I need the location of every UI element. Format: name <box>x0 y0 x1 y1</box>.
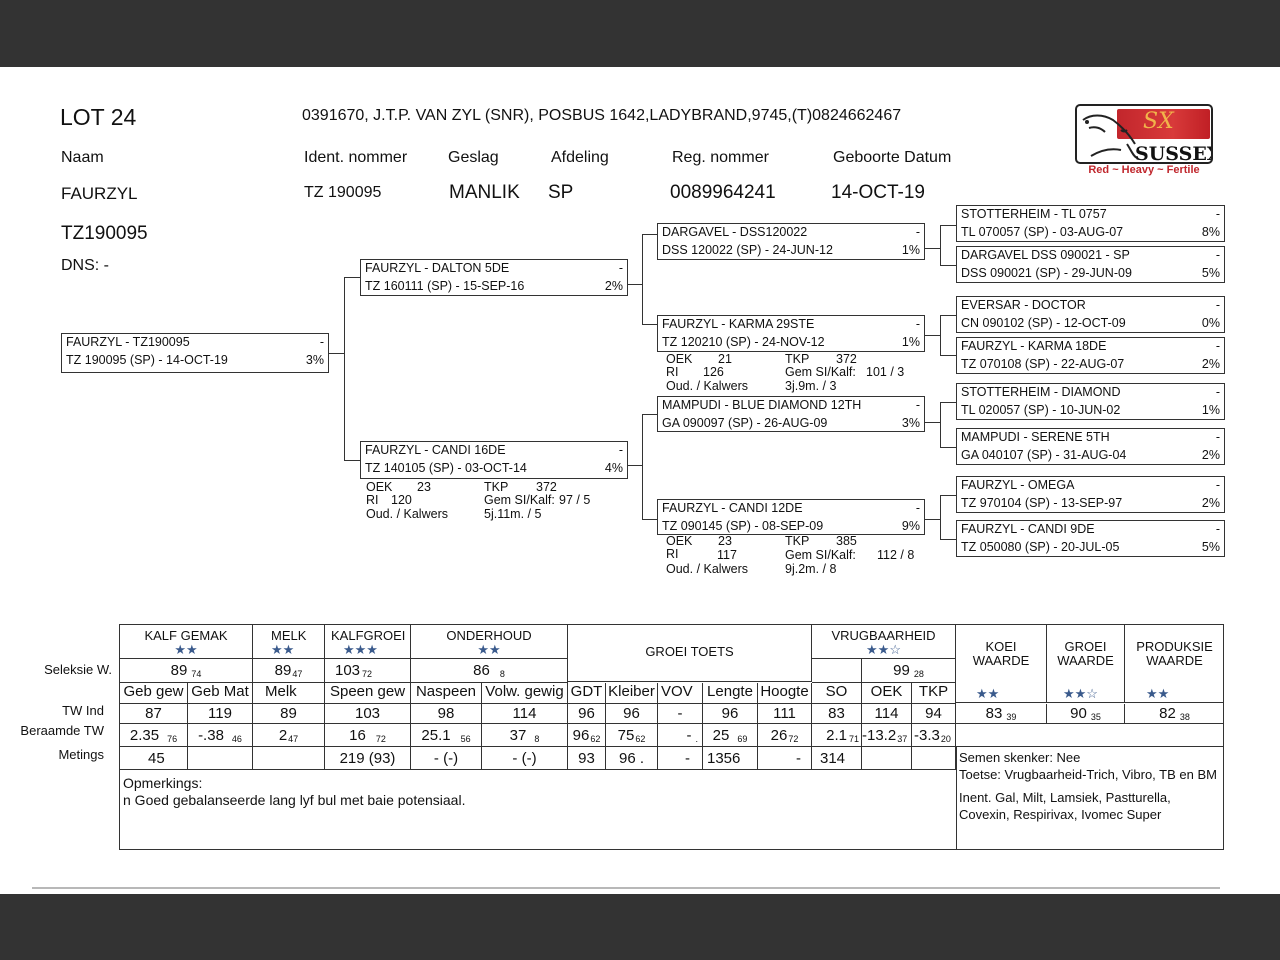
met-oek <box>862 747 912 770</box>
ber-geb-mat: -.3846 <box>188 724 253 747</box>
groei-waarde-value: 9035 <box>1047 704 1125 724</box>
met-kleiber: 96 . <box>606 747 658 770</box>
ber-kleiber: 7562 <box>606 724 658 747</box>
tkp-value: 385 <box>836 535 857 549</box>
oud-value: 3j.9m. / 3 <box>785 380 836 394</box>
animal-detail: GA 090097 (SP) - 26-AUG-09 <box>662 416 827 430</box>
gem-label: Gem SI/Kalf: <box>785 549 856 563</box>
sussex-logo: SX SUSSEX Red ~ Heavy ~ Fertile <box>1075 104 1213 179</box>
accuracy: 62 <box>635 734 645 744</box>
value: 75 <box>618 727 635 744</box>
accuracy: 28 <box>914 669 924 679</box>
tw-speen-gew: 103 <box>325 704 411 724</box>
pedigree-ggp-7: FAURZYL - OMEGA- TZ 970104 (SP) - 13-SEP… <box>956 476 1225 513</box>
group-label: KALFGROEI <box>331 628 405 643</box>
oud-value: 9j.2m. / 8 <box>785 563 836 577</box>
connector <box>940 315 941 355</box>
value: - <box>686 727 691 744</box>
gem-label: Gem SI/Kalf: <box>785 366 856 380</box>
gem-label: Gem SI/Kalf: <box>484 494 555 508</box>
accuracy: . <box>695 734 698 744</box>
value: 25.1 <box>421 727 450 744</box>
tw-gdt: 96 <box>568 704 606 724</box>
ber-volw-gewig: 378 <box>482 724 568 747</box>
animal-flag: - <box>1216 207 1220 221</box>
animal-name: FAURZYL - CANDI 9DE <box>961 522 1095 536</box>
ber-oek: -13.237 <box>862 724 912 747</box>
pedigree-ggp-1: STOTTERHEIM - TL 0757- TL 070057 (SP) - … <box>956 205 1225 242</box>
accuracy: 39 <box>1006 712 1016 722</box>
value-ident: TZ 190095 <box>304 184 381 202</box>
accuracy: 69 <box>737 734 747 744</box>
star-rating-icon: ★★★ <box>331 643 410 656</box>
connector <box>329 353 345 354</box>
animal-detail: TZ 190095 (SP) - 14-OCT-19 <box>66 353 228 367</box>
pedigree-sire: FAURZYL - DALTON 5DE- TZ 160111 (SP) - 1… <box>360 259 628 296</box>
animal-pct: 3% <box>306 353 324 367</box>
label-ident: Ident. nommer <box>304 149 407 167</box>
animal-pct: 9% <box>902 519 920 533</box>
label-afdeling: Afdeling <box>551 149 609 167</box>
gem-value: 101 / 3 <box>866 366 904 380</box>
accuracy: 62 <box>590 734 600 744</box>
oud-label: Oud. / Kalwers <box>366 508 448 522</box>
value: 37 <box>510 727 527 744</box>
logo-frame: SX SUSSEX <box>1075 104 1213 164</box>
col-head-kleiber: Kleiber <box>606 683 658 704</box>
connector <box>642 234 657 235</box>
animal-detail: TZ 090145 (SP) - 08-SEP-09 <box>662 519 823 533</box>
connector <box>940 495 941 539</box>
ber-naspeen: 25.156 <box>411 724 482 747</box>
value: 99 <box>893 662 910 679</box>
value-geboorte: 14-OCT-19 <box>831 182 925 204</box>
sel-vrug-empty <box>812 659 862 683</box>
lot-number: LOT 24 <box>60 104 136 131</box>
sel-kalf-gemak: 8974 <box>120 659 253 683</box>
accuracy: 8 <box>534 734 539 744</box>
animal-detail: DSS 090021 (SP) - 29-JUN-09 <box>961 266 1132 280</box>
ber-tkp: -3.320 <box>912 724 956 747</box>
notes-divider <box>956 747 957 850</box>
pedigree-self: FAURZYL - TZ190095- TZ 190095 (SP) - 14-… <box>61 333 329 373</box>
accuracy: 37 <box>897 734 907 744</box>
col-head-naspeen: Naspeen <box>411 683 482 704</box>
animal-name: MAMPUDI - BLUE DIAMOND 12TH <box>662 398 861 412</box>
animal-flag: - <box>1216 385 1220 399</box>
value-afdeling: SP <box>548 182 573 204</box>
group-label: KALF GEMAK <box>144 628 227 643</box>
col-head-gdt: GDT <box>568 683 606 704</box>
oek-value: 23 <box>417 481 431 495</box>
met-geb-gew: 45 <box>120 747 188 770</box>
met-melk <box>253 747 325 770</box>
connector <box>940 265 956 266</box>
animal-flag: - <box>1216 248 1220 262</box>
animal-flag: - <box>1216 298 1220 312</box>
tw-oek: 114 <box>862 704 912 724</box>
animal-detail: TZ 970104 (SP) - 13-SEP-97 <box>961 496 1122 510</box>
connector <box>925 248 941 249</box>
header-groei-toets: GROEI TOETS <box>568 625 812 682</box>
ber-speen-gew: 1672 <box>325 724 411 747</box>
header-onderhoud: ONDERHOUD ★★ <box>411 625 568 659</box>
tw-kleiber: 96 <box>606 704 658 724</box>
koei-waarde-value: 8339 <box>956 704 1047 724</box>
value: -3.3 <box>914 727 940 744</box>
row-label-metings: Metings <box>4 747 104 762</box>
pedigree-sire-sire: DARGAVEL - DSS120022- DSS 120022 (SP) - … <box>657 223 925 260</box>
animal-pct: 1% <box>902 243 920 257</box>
animal-pct: 1% <box>902 335 920 349</box>
animal-pct: 1% <box>1202 403 1220 417</box>
remarks-text: n Goed gebalanseerde lang lyf bul met ba… <box>123 792 953 809</box>
animal-pct: 2% <box>605 279 623 293</box>
animal-detail: TZ 070108 (SP) - 22-AUG-07 <box>961 357 1124 371</box>
connector <box>642 414 657 415</box>
connector <box>940 447 956 448</box>
col-head-hoogte: Hoogte <box>758 683 812 704</box>
semen-donor: Semen skenker: Nee <box>959 749 1221 766</box>
lot-page: LOT 24 0391670, J.T.P. VAN ZYL (SNR), PO… <box>0 67 1280 894</box>
star-rating-icon: ★★☆ <box>812 643 955 656</box>
connector <box>642 519 657 520</box>
tz-id: TZ190095 <box>61 223 148 245</box>
animal-name: FAURZYL - CANDI 16DE <box>365 443 506 457</box>
group-label: WAARDE <box>956 654 1046 668</box>
accuracy: 72 <box>362 669 372 679</box>
gem-value: 97 / 5 <box>559 494 590 508</box>
connector <box>940 315 956 316</box>
tw-lengte: 96 <box>703 704 758 724</box>
ri-value: 120 <box>391 494 412 508</box>
animal-detail: TZ 140105 (SP) - 03-OCT-14 <box>365 461 527 475</box>
row-label-tw-ind: TW Ind <box>4 703 104 718</box>
met-vov: - <box>658 747 703 770</box>
met-volw-gewig: - (-) <box>482 747 568 770</box>
accuracy: 76 <box>167 734 177 744</box>
animal-flag: - <box>320 335 324 349</box>
accuracy: 72 <box>376 734 386 744</box>
pedigree-sire-dam: FAURZYL - KARMA 29STE- TZ 120210 (SP) - … <box>657 315 925 352</box>
star-rating-icon: ★★ <box>1146 687 1169 700</box>
logo-tagline: Red ~ Heavy ~ Fertile <box>1075 164 1213 176</box>
row-label-beraamde: Beraamde TW <box>4 723 104 738</box>
evaluation-table: KALF GEMAK ★★ MELK ★★ KALFGROEI ★★★ ONDE… <box>119 624 1224 850</box>
ber-lengte: 2569 <box>703 724 758 747</box>
group-label: PRODUKSIE <box>1125 640 1224 654</box>
header-koei-waarde: KOEI WAARDE ★★ <box>956 625 1047 703</box>
animal-notes: Semen skenker: Nee Toetse: Vrugbaarheid-… <box>959 749 1221 823</box>
animal-pct: 5% <box>1202 266 1220 280</box>
value-reg: 0089964241 <box>670 182 776 204</box>
animal-detail: TZ 050080 (SP) - 20-JUL-05 <box>961 540 1119 554</box>
animal-detail: TZ 160111 (SP) - 15-SEP-16 <box>365 279 524 293</box>
tw-naspeen: 98 <box>411 704 482 724</box>
remarks: Opmerkings: n Goed gebalanseerde lang ly… <box>123 775 953 809</box>
pedigree-ggp-6: MAMPUDI - SERENE 5TH- GA 040107 (SP) - 3… <box>956 428 1225 465</box>
animal-flag: - <box>619 443 623 457</box>
group-label: WAARDE <box>1125 654 1224 668</box>
star-rating-icon: ★★ <box>271 643 324 656</box>
connector <box>940 225 956 226</box>
oud-value: 5j.11m. / 5 <box>484 508 541 522</box>
ber-hoogte: 2672 <box>758 724 812 747</box>
connector <box>940 355 956 356</box>
connector <box>925 335 941 336</box>
logo-name: SUSSEX <box>1135 143 1213 164</box>
tw-vov: - <box>658 704 703 724</box>
top-dark-bar <box>0 0 1280 67</box>
ber-empty <box>956 724 1224 747</box>
animal-pct: 4% <box>605 461 623 475</box>
pedigree-ggp-3: EVERSAR - DOCTOR- CN 090102 (SP) - 12-OC… <box>956 296 1225 333</box>
animal-detail: TZ 120210 (SP) - 24-NOV-12 <box>662 335 825 349</box>
ber-vov: -. <box>658 724 703 747</box>
animal-name: FAURZYL - KARMA 29STE <box>662 317 814 331</box>
dns: DNS: - <box>61 257 109 275</box>
value: 2.1 <box>826 727 847 744</box>
value: 90 <box>1070 705 1087 722</box>
tw-hoogte: 111 <box>758 704 812 724</box>
accuracy: 56 <box>461 734 471 744</box>
ber-geb-gew: 2.3576 <box>120 724 188 747</box>
animal-name: FAURZYL - CANDI 12DE <box>662 501 803 515</box>
sel-kalfgroei: 10372 <box>325 659 411 683</box>
connector <box>344 277 345 460</box>
animal-name: STOTTERHEIM - DIAMOND <box>961 385 1121 399</box>
dam-stats: OEK 23 TKP 372 RI 120 Gem SI/Kalf: 97 / … <box>366 481 626 523</box>
ri-value: 117 <box>717 549 737 563</box>
met-lengte: 1356 <box>703 747 758 770</box>
star-rating-icon: ★★ <box>976 687 999 700</box>
animal-flag: - <box>1216 430 1220 444</box>
value: 26 <box>771 727 788 744</box>
animal-flag: - <box>1216 339 1220 353</box>
connector <box>344 277 360 278</box>
tw-so: 83 <box>812 704 862 724</box>
group-label: GROEI <box>1047 640 1124 654</box>
tw-volw-gewig: 114 <box>482 704 568 724</box>
animal-detail: TL 070057 (SP) - 03-AUG-07 <box>961 225 1123 239</box>
pedigree-dam-dam: FAURZYL - CANDI 12DE- TZ 090145 (SP) - 0… <box>657 499 925 535</box>
col-head-speen-gew: Speen gew <box>325 683 411 704</box>
animal-pct: 8% <box>1202 225 1220 239</box>
connector <box>940 402 956 403</box>
label-geboorte: Geboorte Datum <box>833 149 951 167</box>
label-naam: Naam <box>61 149 104 167</box>
animal-pct: 5% <box>1202 540 1220 554</box>
gem-value: 112 / 8 <box>877 549 914 563</box>
star-rating-icon: ★★☆ <box>1063 687 1098 700</box>
header-vrugbaarheid: VRUGBAARHEID ★★☆ <box>812 625 956 659</box>
vaccinations: Inent. Gal, Milt, Lamsiek, Pastturella, … <box>959 789 1221 823</box>
pedigree-dam: FAURZYL - CANDI 16DE- TZ 140105 (SP) - 0… <box>360 441 628 479</box>
col-head-tkp: TKP <box>912 683 956 704</box>
pedigree-ggp-5: STOTTERHEIM - DIAMOND- TL 020057 (SP) - … <box>956 383 1225 420</box>
accuracy: 46 <box>232 734 242 744</box>
pedigree-ggp-2: DARGAVEL DSS 090021 - SP- DSS 090021 (SP… <box>956 246 1225 283</box>
ber-gdt: 9662 <box>568 724 606 747</box>
star-rating-icon: ★★ <box>120 643 252 656</box>
met-so: 314 <box>812 747 862 770</box>
pedigree-ggp-8: FAURZYL - CANDI 9DE- TZ 050080 (SP) - 20… <box>956 520 1225 557</box>
star-rating-icon: ★★ <box>411 643 567 656</box>
value: 96 <box>573 727 590 744</box>
animal-name: DARGAVEL DSS 090021 - SP <box>961 248 1130 262</box>
met-geb-mat <box>188 747 253 770</box>
animal-name: FAURZYL - OMEGA <box>961 478 1074 492</box>
sel-melk: 8947 <box>253 659 325 683</box>
animal-detail: CN 090102 (SP) - 12-OCT-09 <box>961 316 1126 330</box>
oud-label: Oud. / Kalwers <box>666 380 748 394</box>
connector <box>642 234 643 324</box>
pedigree-ggp-4: FAURZYL - KARMA 18DE- TZ 070108 (SP) - 2… <box>956 337 1225 374</box>
animal-name: DARGAVEL - DSS120022 <box>662 225 807 239</box>
oek-value: 23 <box>718 535 732 549</box>
value: 83 <box>986 705 1003 722</box>
animal-pct: 0% <box>1202 316 1220 330</box>
animal-name: FAURZYL - TZ190095 <box>66 335 190 349</box>
col-head-volw-gewig: Volw. gewig <box>482 683 568 704</box>
header-kalfgroei: KALFGROEI ★★★ <box>325 625 411 659</box>
col-head-so: SO <box>812 683 862 704</box>
connector <box>628 465 643 466</box>
col-head-lengte: Lengte <box>703 683 758 704</box>
value: 86 <box>473 662 490 679</box>
bottom-dark-bar <box>0 894 1280 960</box>
ri-label: RI <box>666 366 679 380</box>
animal-name: EVERSAR - DOCTOR <box>961 298 1086 312</box>
value-naam: FAURZYL <box>61 184 138 204</box>
animal-pct: 3% <box>902 416 920 430</box>
tw-geb-gew: 87 <box>120 704 188 724</box>
col-head-geb-mat: Geb Mat <box>188 683 253 704</box>
group-label: KOEI <box>956 640 1046 654</box>
accuracy: 35 <box>1091 712 1101 722</box>
animal-name: FAURZYL - DALTON 5DE <box>365 261 509 275</box>
sire-dam-stats: OEK 21 TKP 372 RI 126 Gem SI/Kalf: 101 /… <box>666 353 926 395</box>
label-reg: Reg. nommer <box>672 149 769 167</box>
animal-flag: - <box>619 261 623 275</box>
accuracy: 47 <box>292 669 302 679</box>
connector <box>642 414 643 519</box>
met-gdt: 93 <box>568 747 606 770</box>
header-produksie-waarde: PRODUKSIE WAARDE ★★ <box>1125 625 1224 703</box>
value: -.38 <box>198 727 224 744</box>
col-head-melk: Melk <box>253 683 325 704</box>
accuracy: 20 <box>941 734 951 744</box>
pedigree-dam-sire: MAMPUDI - BLUE DIAMOND 12TH- GA 090097 (… <box>657 396 925 432</box>
accuracy: 47 <box>288 734 298 744</box>
tw-geb-mat: 119 <box>188 704 253 724</box>
connector <box>940 402 941 447</box>
group-label: MELK <box>271 628 306 643</box>
ri-label: RI <box>366 494 379 508</box>
accuracy: 72 <box>788 734 798 744</box>
accuracy: 74 <box>191 669 201 679</box>
met-hoogte: - <box>758 747 812 770</box>
value: 89 <box>275 662 292 679</box>
accuracy: 8 <box>500 669 505 679</box>
ber-melk: 247 <box>253 724 325 747</box>
animal-flag: - <box>1216 522 1220 536</box>
ri-label: RI <box>666 548 679 562</box>
logo-mark: SX <box>1143 109 1174 134</box>
connector <box>925 519 941 520</box>
animal-detail: GA 040107 (SP) - 31-AUG-04 <box>961 448 1126 462</box>
group-label: ONDERHOUD <box>446 628 531 643</box>
connector <box>344 460 360 461</box>
connector <box>940 539 956 540</box>
header-groei-waarde: GROEI WAARDE ★★☆ <box>1047 625 1125 703</box>
tkp-label: TKP <box>785 535 809 549</box>
value: 2 <box>279 727 287 744</box>
animal-flag: - <box>916 317 920 331</box>
accuracy: 38 <box>1180 712 1190 722</box>
animal-flag: - <box>1216 478 1220 492</box>
animal-pct: 2% <box>1202 496 1220 510</box>
connector <box>925 422 941 423</box>
ber-so: 2.171 <box>812 724 862 747</box>
group-label: GROEI TOETS <box>645 644 733 659</box>
tw-melk: 89 <box>253 704 325 724</box>
oud-label: Oud. / Kalwers <box>666 563 748 577</box>
value: 25 <box>713 727 730 744</box>
col-head-geb-gew: Geb gew <box>120 683 188 704</box>
connector <box>628 284 643 285</box>
connector <box>642 324 657 325</box>
value: 89 <box>171 662 188 679</box>
ri-value: 126 <box>703 366 724 380</box>
owner-info: 0391670, J.T.P. VAN ZYL (SNR), POSBUS 16… <box>302 107 901 125</box>
dam-dam-stats: OEK 23 TKP 385 RI 117 Gem SI/Kalf: 112 /… <box>666 535 926 577</box>
sel-onderhoud: 868 <box>411 659 568 683</box>
header-melk: MELK ★★ <box>253 625 325 659</box>
col-head-oek: OEK <box>862 683 912 704</box>
connector <box>940 225 941 265</box>
animal-detail: TL 020057 (SP) - 10-JUN-02 <box>961 403 1120 417</box>
value: -13.2 <box>862 727 896 744</box>
value: 16 <box>349 727 366 744</box>
animal-flag: - <box>916 501 920 515</box>
value: 2.35 <box>130 727 159 744</box>
animal-pct: 2% <box>1202 448 1220 462</box>
produksie-waarde-value: 8238 <box>1125 704 1224 724</box>
col-head-vov: VOV <box>658 683 703 704</box>
animal-name: MAMPUDI - SERENE 5TH <box>961 430 1110 444</box>
value: 103 <box>335 662 360 679</box>
connector <box>940 495 956 496</box>
tw-tkp: 94 <box>912 704 956 724</box>
met-speen-gew: 219 (93) <box>325 747 411 770</box>
remarks-label: Opmerkings: <box>123 775 953 792</box>
accuracy: 71 <box>849 734 859 744</box>
met-naspeen: - (-) <box>411 747 482 770</box>
sel-vrugbaarheid: 9928 <box>862 659 956 683</box>
animal-flag: - <box>916 398 920 412</box>
animal-name: STOTTERHEIM - TL 0757 <box>961 207 1107 221</box>
group-label: VRUGBAARHEID <box>831 628 935 643</box>
animal-pct: 2% <box>1202 357 1220 371</box>
value-geslag: MANLIK <box>449 182 520 204</box>
animal-detail: DSS 120022 (SP) - 24-JUN-12 <box>662 243 833 257</box>
row-label-seleksie: Seleksie W. <box>12 662 112 677</box>
footer-divider <box>32 887 1220 889</box>
value: 82 <box>1159 705 1176 722</box>
tests: Toetse: Vrugbaarheid-Trich, Vibro, TB en… <box>959 766 1221 783</box>
header-kalf-gemak: KALF GEMAK ★★ <box>120 625 253 659</box>
